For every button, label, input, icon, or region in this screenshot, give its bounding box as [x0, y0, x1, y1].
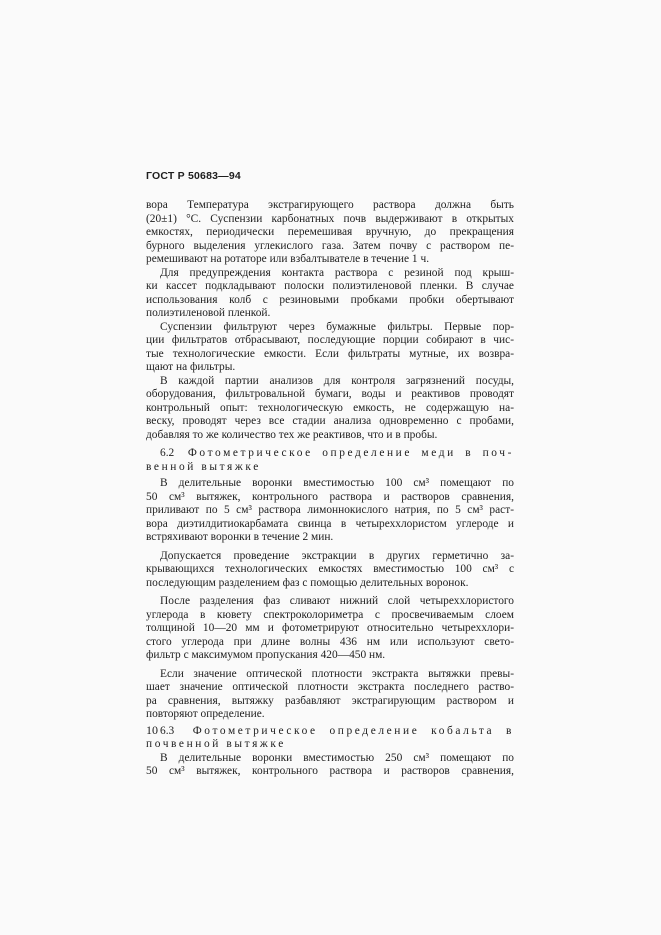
text-line: добавляя то же количество тех же реактив… — [146, 429, 514, 443]
text-line: 50 см³ вытяжек, контрольного раствора и … — [146, 491, 514, 505]
text-line: щают на фильтры. — [146, 361, 514, 375]
section-number: 6.2 — [160, 447, 174, 459]
paragraph-phase-separation: После разделения фаз сливают нижний слой… — [146, 595, 514, 663]
paragraph-cobalt-funnels: В делительные воронки вместимостью 250 с… — [146, 752, 514, 779]
text-line: повторяют определение. — [146, 708, 514, 722]
paragraph-temperature: вора Температура экстрагирующего раствор… — [146, 199, 514, 267]
text-line: фильтр с максимумом пропускания 420—450 … — [146, 649, 514, 663]
text-line: После разделения фаз сливают нижний слой… — [146, 595, 514, 609]
paragraph-filtering: Суспензии фильтруют через бумажные фильт… — [146, 321, 514, 375]
text-line: бурного выделения углекислого газа. Зате… — [146, 240, 514, 254]
text-line: тые технологические емкости. Если фильтр… — [146, 348, 514, 362]
section-title: Фотометрическое определение кобальта в — [193, 725, 514, 737]
paragraph-rubber-contact: Для предупреждения контакта раствора с р… — [146, 267, 514, 321]
paragraph-control-experiment: В каждой партии анализов для контроля за… — [146, 375, 514, 443]
text-line: ки кассет подкладывают полоски полиэтиле… — [146, 280, 514, 294]
text-line: ремешивают на ротаторе или взбалтывателе… — [146, 253, 514, 267]
section-6-3-heading: 6.3 Фотометрическое определение кобальта… — [146, 725, 514, 752]
text-line: вора диэтилдитиокарбамата свинца в четыр… — [146, 518, 514, 532]
text-line: Суспензии фильтруют через бумажные фильт… — [146, 321, 514, 335]
text-line: контрольный опыт: технологическую емкост… — [146, 402, 514, 416]
text-line: крывающихся технологических емкостях вме… — [146, 563, 514, 577]
text-line: полиэтиленовой пленкой. — [146, 307, 514, 321]
text-line: встряхивают воронки в течение 2 мин. — [146, 531, 514, 545]
section-title: Фотометрическое определение меди в поч- — [188, 447, 514, 459]
text-line: шает значение оптической плотности экстр… — [146, 681, 514, 695]
text-line: Для предупреждения контакта раствора с р… — [146, 267, 514, 281]
text-line: вора Температура экстрагирующего раствор… — [146, 199, 514, 213]
text-line: (20±1) °С. Суспензии карбонатных почв вы… — [146, 213, 514, 227]
text-line: Если значение оптической плотности экстр… — [146, 668, 514, 682]
section-number: 6.3 — [160, 725, 174, 737]
section-6-2-heading: 6.2 Фотометрическое определение меди в п… — [146, 447, 514, 474]
text-line: последующим разделением фаз с помощью де… — [146, 577, 514, 591]
text-line: толщиной 10—20 мм и фотометрируют относи… — [146, 622, 514, 636]
text-line: приливают по 5 см³ раствора лимоннокисло… — [146, 504, 514, 518]
text-line: использования колб с резиновыми пробками… — [146, 294, 514, 308]
page-body: вора Температура экстрагирующего раствор… — [146, 199, 514, 779]
paragraph-copper-funnels: В делительные воронки вместимостью 100 с… — [146, 477, 514, 545]
section-title-cont: венной вытяжке — [146, 461, 514, 475]
text-line: В делительные воронки вместимостью 100 с… — [146, 477, 514, 491]
text-line: углерода в кювету спектроколориметра с п… — [146, 609, 514, 623]
text-line: стого углерода при длине волны 436 нм ил… — [146, 636, 514, 650]
text-line: Допускается проведение экстракции в друг… — [146, 550, 514, 564]
text-line: емкостях, периодически перемешивая вручн… — [146, 226, 514, 240]
section-title-cont: почвенной вытяжке — [146, 738, 514, 752]
document-header-code: ГОСТ Р 50683—94 — [146, 170, 241, 182]
text-line: веску, проводят через все стадии анализа… — [146, 415, 514, 429]
text-line: ции фильтратов отбрасывают, последующие … — [146, 334, 514, 348]
text-line: В делительные воронки вместимостью 250 с… — [146, 752, 514, 766]
text-line: 50 см³ вытяжек, контрольного раствора и … — [146, 765, 514, 779]
text-line: оборудования, фильтровальной бумаги, вод… — [146, 388, 514, 402]
text-line: ра сравнения, вытяжку разбавляют экстраг… — [146, 695, 514, 709]
page-number: 10 — [146, 723, 158, 738]
paragraph-dilution: Если значение оптической плотности экстр… — [146, 668, 514, 722]
paragraph-extraction-alt: Допускается проведение экстракции в друг… — [146, 550, 514, 591]
text-line: В каждой партии анализов для контроля за… — [146, 375, 514, 389]
